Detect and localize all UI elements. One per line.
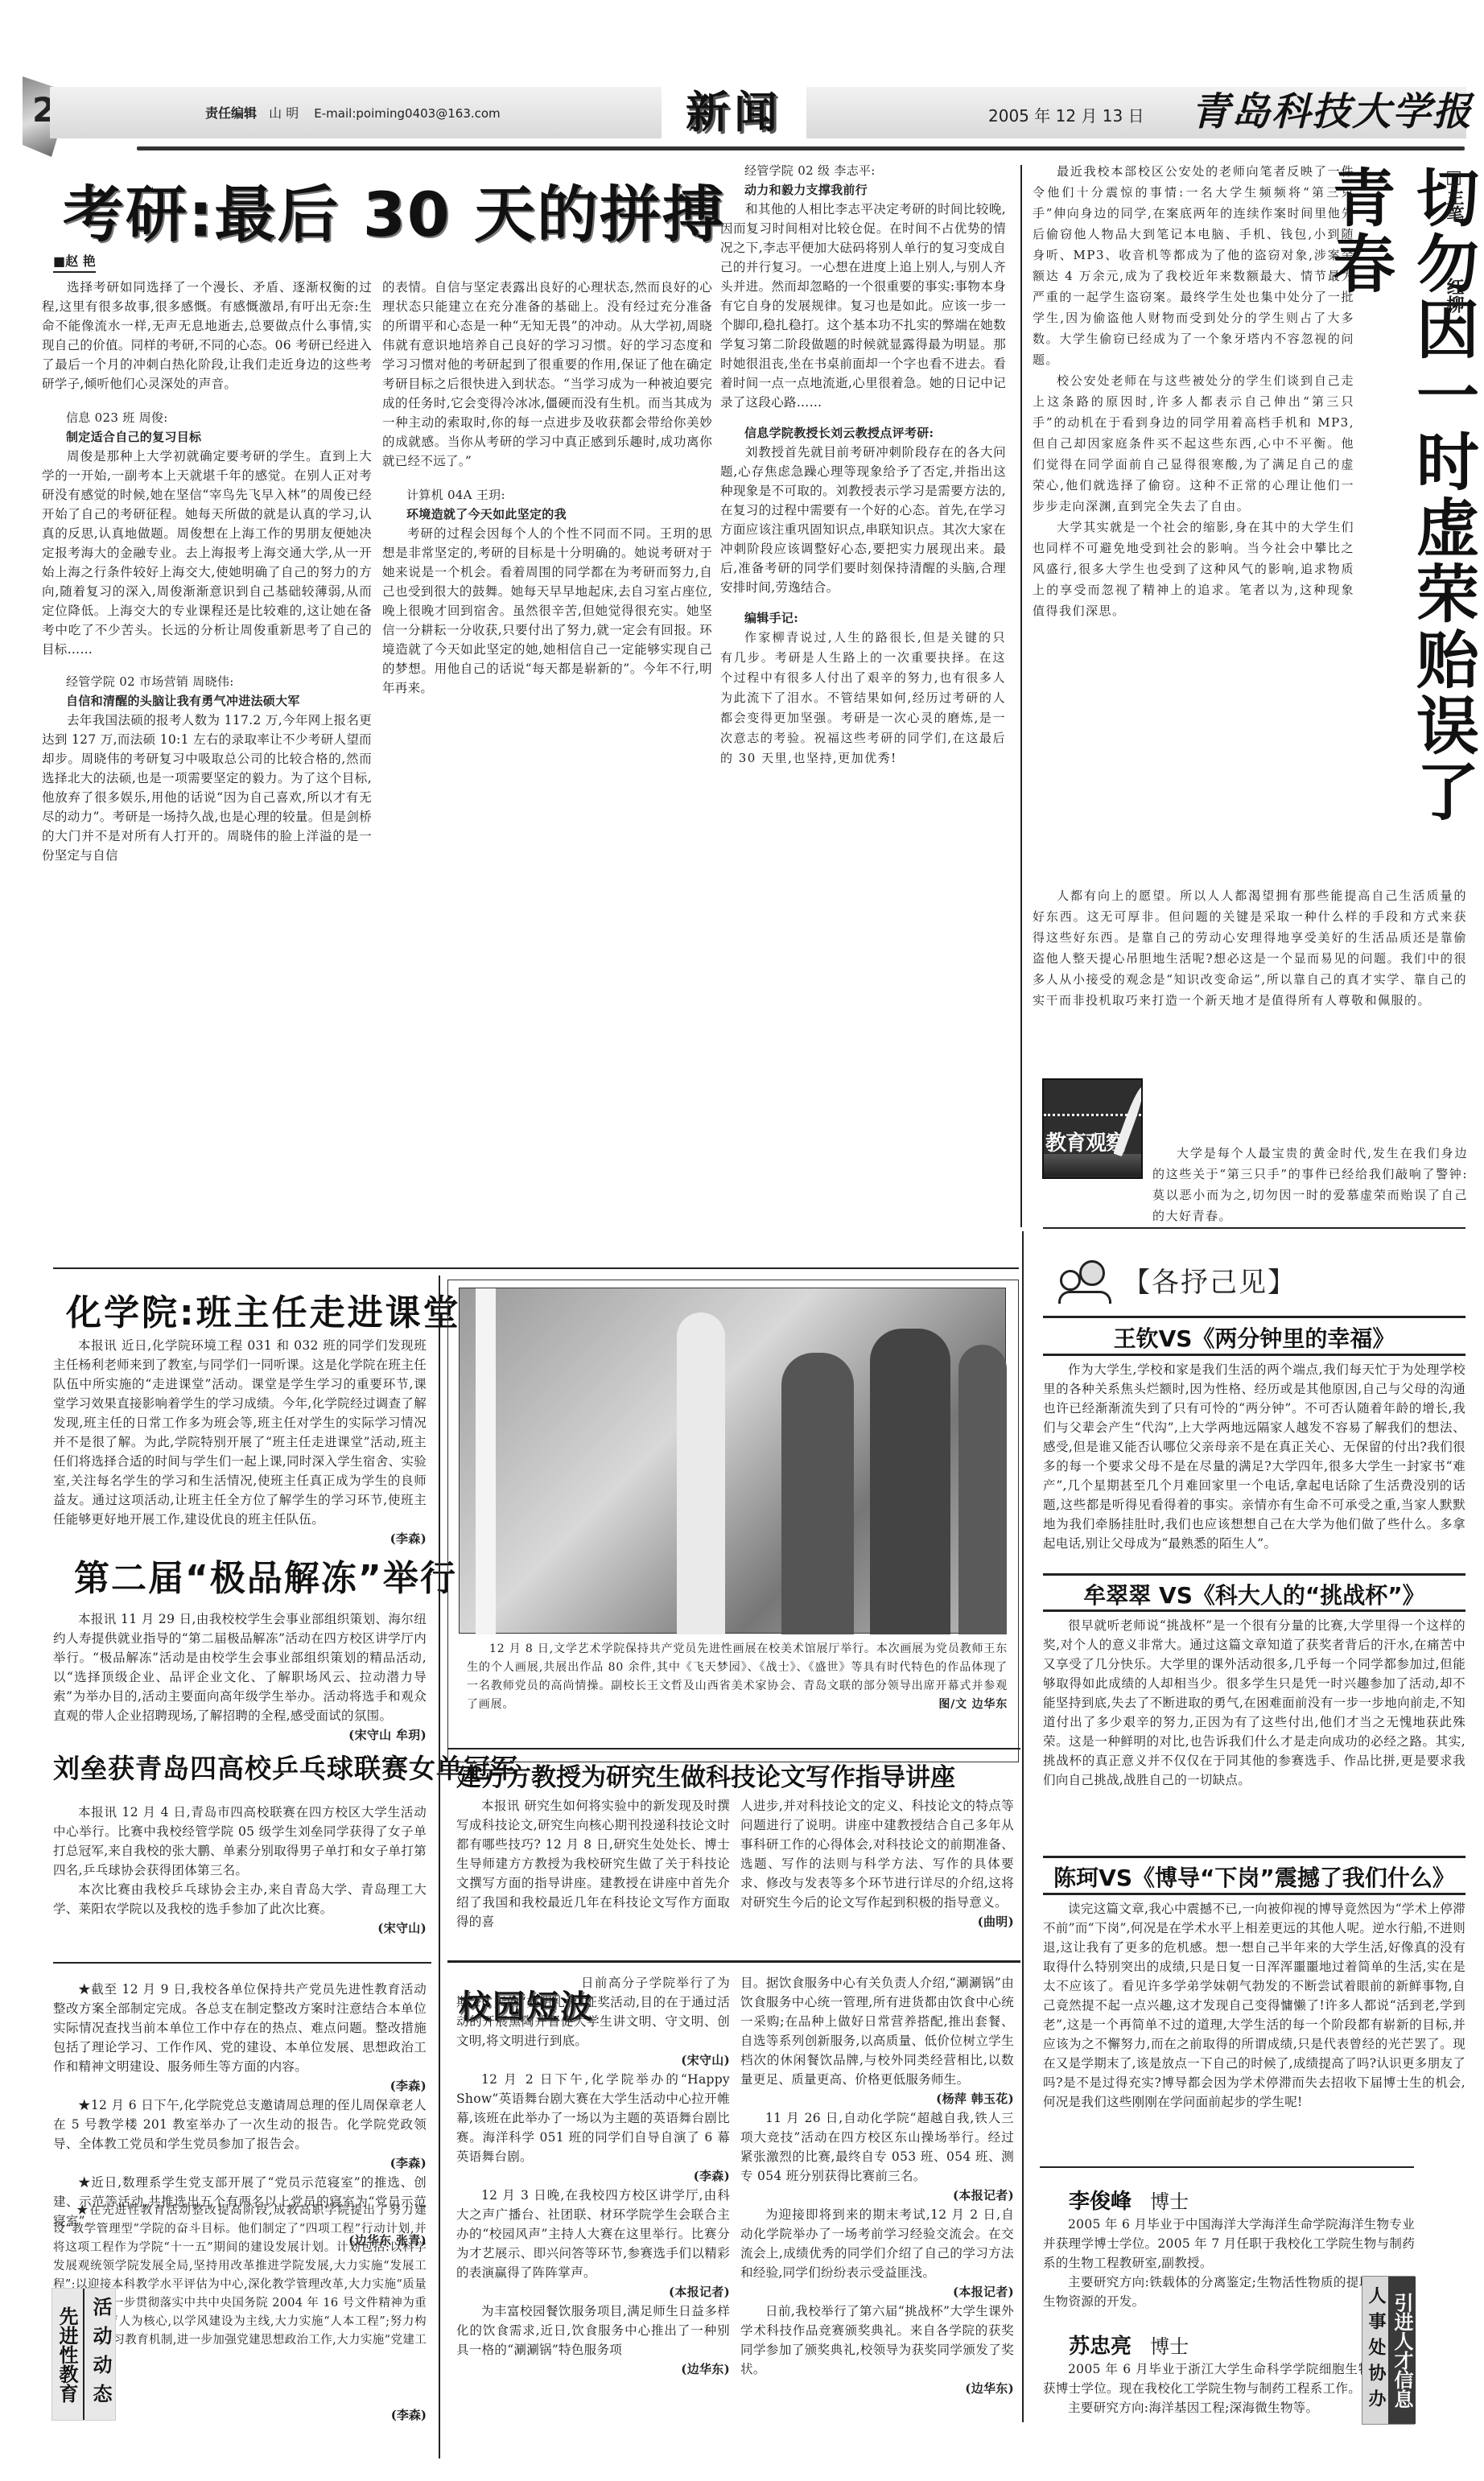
col1-sub2-who: 经管学院 02 市场营销 周晓伟:: [42, 672, 372, 691]
views-top-rule: [1043, 1227, 1465, 1229]
lecture-col2: 人进步,并对科技论文的定义、科技论文的特点等问题进行了说明。讲座中建教授结合自己…: [740, 1796, 1014, 1931]
view2-top-rule: [1043, 1573, 1465, 1576]
talent-1-title: 博士: [1150, 2190, 1189, 2213]
opinion-p1: 最近我校本部校区公安处的老师向笔者反映了一件令他们十分震惊的事情:一名大学生频频…: [1033, 161, 1354, 370]
frozen-headline: 第二届“极品解冻”举行: [74, 1549, 457, 1601]
main-author: ■赵 艳: [53, 251, 96, 273]
col3-sub1-body: 和其他的人相比李志平决定考研的时间比较晚,因而复习时间相对比较仓促。在时间不占优…: [720, 200, 1006, 412]
view3-title: 陈珂VS《博导“下岗”震撼了我们什么》: [1043, 1861, 1465, 1893]
chem-byline: (李森): [53, 1529, 427, 1548]
people-icon: [1058, 1255, 1115, 1304]
campus-brief-col2: 目。据饮食服务中心有关负责人介绍,“涮涮锅”由饮食服务中心统一管理,所有进货都由…: [740, 1973, 1014, 2398]
photo-caption: 12 月 8 日,文学艺术学院保持共产党员先进性画展在校美术馆展厅举行。本次画展…: [467, 1640, 1008, 1714]
photo-left-rule: [439, 1276, 440, 2458]
editor-info: 责任编辑 山 明 E-mail:poiming0403@163.com: [205, 103, 501, 122]
main-col3: 经管学院 02 级 李志平: 动力和毅力支撑我前行 和其他的人相比李志平决定考研…: [720, 161, 1006, 769]
party-box-right: 活动动态: [85, 2289, 117, 2420]
opinion-author: □主笔 红柳: [1442, 167, 1465, 313]
opinion-p4: 人都有向上的愿望。所以人人都渴望拥有那些能提高自己生活质量的好东西。这无可厚非。…: [1033, 885, 1467, 1011]
party-box: 先进性教育 活动动态: [52, 2288, 116, 2421]
view3-body: 读完这篇文章,我心中震撼不已,一向被仰视的博导竟然因为“学术上停滞不前”而“下岗…: [1043, 1899, 1465, 2112]
talent-1: 李俊峰 博士 2005 年 6 月毕业于中国海洋大学海洋生命学院海洋生物专业并获…: [1043, 2185, 1415, 2311]
col3-editor-body: 作家柳青说过,人生的路很长,但是关键的只有几步。考研是人生路上的一次重要抉择。在…: [720, 628, 1006, 769]
talent-1-name: 李俊峰: [1069, 2190, 1132, 2214]
section-divider-2: [53, 1962, 431, 1964]
col1-sub1-body: 周俊是那种上大学初就确定要考研的学生。直到上大学的一开始,一副考本上天就堪千年的…: [42, 447, 372, 659]
col3-editor-label: 编辑手记:: [720, 608, 1006, 628]
opinion-body-3: 大学是每个人最宝贵的黄金时代,发生在我们身边的这些关于“第三只手”的事件已经给我…: [1152, 1143, 1468, 1226]
editor-email: E-mail:poiming0403@163.com: [314, 106, 500, 121]
main-col1: 选择考研如同选择了一个漫长、矛盾、逐渐权衡的过程,这里有很多故事,很多感慨。有感…: [42, 278, 372, 865]
pingpong-byline: (宋守山): [53, 1918, 427, 1938]
view1-top-rule: [1043, 1316, 1465, 1318]
talents-top-rule: [1040, 2166, 1414, 2168]
lecture-byline: (曲明): [740, 1912, 1014, 1931]
col1-sub1-title: 制定适合自己的复习目标: [42, 427, 372, 447]
education-observe-logo: 教育观察: [1042, 1078, 1143, 1179]
col2-sub-who: 计算机 04A 王玥:: [382, 485, 712, 505]
editor-name: 山 明: [269, 105, 299, 121]
exhibition-photo: [459, 1288, 1006, 1634]
col2-sub-title: 环境造就了今天如此坚定的我: [382, 505, 712, 524]
paper-name: 青岛科技大学报: [1191, 80, 1473, 136]
chem-headline: 化学院:班主任走进课堂: [66, 1284, 461, 1335]
opinion-headline: 切勿因一时虚荣贻误了青春: [1368, 165, 1432, 873]
view2-title: 牟翠翠 VS《科大人的“挑战杯”》: [1043, 1578, 1465, 1610]
opinion-p2: 校公安处老师在与这些被处分的学生们谈到自己走上这条路的原因时,许多人都表示自己伸…: [1033, 370, 1354, 517]
pingpong-body: 本报讯 12 月 4 日,青岛市四高校联赛在四方校区大学生活动中心举行。比赛中我…: [53, 1803, 427, 1938]
view1-title: 王钦VS《两分钟里的幸福》: [1043, 1321, 1465, 1354]
frozen-body: 本报讯 11 月 29 日,由我校校学生会事业部组织策划、海尔纽约人寿提供就业指…: [53, 1609, 427, 1745]
opinion-left-rule: [1020, 165, 1022, 1227]
section-divider-1: [53, 1267, 1019, 1269]
party-item-2: ★12 月 6 日下午,化学院党总支邀请周总理的侄儿周保章老人在 5 号教学楼 …: [53, 2096, 427, 2153]
party-byline-4: (李森): [306, 2406, 427, 2423]
view1-bottom-rule: [1043, 1354, 1465, 1356]
col2-sub-body: 考研的过程会因每个人的个性不同而不同。王玥的思想是非常坚定的,考研的目标是十分明…: [382, 524, 712, 698]
lecture-headline: 建方方教授为研究生做科技论文写作指导讲座: [456, 1757, 955, 1793]
header-rule: [137, 146, 1465, 150]
view1-body: 作为大学生,学校和家是我们生活的两个端点,我们每天忙于为处理学校里的各种关系焦头…: [1043, 1360, 1465, 1553]
opinion-body-2: 人都有向上的愿望。所以人人都渴望拥有那些能提高自己生活质量的好东西。这无可厚非。…: [1033, 885, 1467, 1011]
party-item-1: ★截至 12 月 9 日,我校各单位保持共产党员先进性教育活动整改方案全部制定完…: [53, 1980, 427, 2076]
col3-sub1-title: 动力和毅力支撑我前行: [720, 180, 1006, 200]
col3-sub2-body: 刘教授首先就目前考研冲刺阶段存在的各大问题,心存焦虑急躁心理等现象给予了否定,并…: [720, 443, 1006, 597]
talents-box-right: 引进人才信息: [1388, 2277, 1416, 2424]
talent-2: 苏忠亮 博士 2005 年 6 月毕业于浙江大学生命科学学院细胞生物学专业,获博…: [1043, 2330, 1415, 2417]
view3-bottom-rule: [1043, 1893, 1465, 1895]
opinion-p3: 大学其实就是一个社会的缩影,身在其中的大学生们也同样不可避免地受到社会的影响。当…: [1033, 517, 1354, 621]
talents-box: 人事处协办 引进人才信息: [1362, 2276, 1415, 2425]
views-section-title: 【各抒己见】: [1123, 1260, 1296, 1300]
col2-body: 的表情。自信与坚定表露出良好的心理状态,然而良好的心理状态只能建立在充分准备的基…: [382, 278, 712, 471]
talent-2-title: 博士: [1150, 2335, 1189, 2358]
col3-sub1-who: 经管学院 02 级 李志平:: [720, 161, 1006, 180]
photo-bottom-rule: [447, 1748, 1020, 1749]
chem-body: 本报讯 近日,化学院环境工程 031 和 032 班的同学们发现班主任杨利老师来…: [53, 1336, 427, 1548]
opinion-body: 最近我校本部校区公安处的老师向笔者反映了一件令他们十分震惊的事情:一名大学生频频…: [1033, 161, 1354, 621]
section-title: 新闻: [662, 84, 806, 142]
main-col2: 的表情。自信与坚定表露出良好的心理状态,然而良好的心理状态只能建立在充分准备的基…: [382, 278, 712, 698]
col1-sub2-body: 去年我国法硕的报考人数为 117.2 万,今年网上报名更达到 127 万,而法硕…: [42, 711, 372, 865]
talent-2-name: 苏忠亮: [1069, 2335, 1132, 2359]
col1-sub2-title: 自信和清醒的头脑让我有勇气冲进法硕大军: [42, 691, 372, 711]
lecture-col1: 本报讯 研究生如何将实验中的新发现及时撰写成科技论文,研究生向核心期刊投递科技论…: [456, 1796, 730, 1931]
frozen-byline: (宋守山 牟玥): [53, 1725, 427, 1745]
main-intro: 选择考研如同选择了一个漫长、矛盾、逐渐权衡的过程,这里有很多故事,很多感慨。有感…: [42, 278, 372, 394]
col3-sub2-who: 信息学院教授长刘云教授点评考研:: [720, 423, 1006, 443]
talents-box-left: 人事处协办: [1362, 2277, 1388, 2424]
opinion-p5: 大学是每个人最宝贵的黄金时代,发生在我们身边的这些关于“第三只手”的事件已经给我…: [1152, 1143, 1468, 1226]
campus-brief-col1: 日前高分子学院举行了为期 10 天的“文明礼让”征奖活动,目的在于通过活动的开展…: [456, 1973, 730, 2379]
editor-label: 责任编辑: [205, 105, 257, 121]
col1-sub1-who: 信息 023 班 周俊:: [42, 408, 372, 427]
section-divider-3: [447, 1960, 1020, 1963]
view3-top-rule: [1043, 1856, 1465, 1858]
photo-credit: 图/文 边华东: [467, 1696, 1008, 1714]
party-box-left: 先进性教育: [52, 2289, 85, 2420]
view2-body: 很早就听老师说“挑战杯”是一个很有分量的比赛,大学里得一个这样的奖,对个人的意义…: [1043, 1616, 1465, 1790]
main-headline: 考研:最后 30 天的拼搏: [63, 166, 725, 253]
issue-date: 2005 年 12 月 13 日: [988, 103, 1144, 126]
views-left-rule: [1022, 1231, 1024, 2422]
view2-bottom-rule: [1043, 1609, 1465, 1612]
